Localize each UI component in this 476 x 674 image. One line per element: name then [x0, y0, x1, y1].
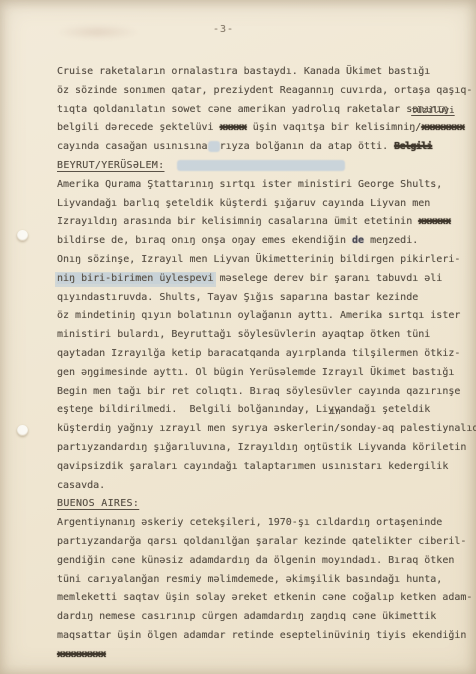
text-run: rıyza bolğanın da atap ötti.	[220, 141, 395, 152]
text-run: cayında casağan usınısına	[57, 141, 208, 152]
erased-text-smudge	[177, 160, 346, 171]
text-run: dardıŋ nemese casırınıp cürgen adamdardı…	[57, 611, 436, 622]
text-run: meŋzedi.	[364, 235, 418, 246]
text-line: öz mindetiniŋ qıyın bolatının oylağanın …	[57, 307, 461, 326]
text-line: Izrayıldıŋ arasında bir kelisimniŋ casal…	[57, 213, 461, 232]
text-run: partıyzandardıŋ şığarıluvına, Izrayıldıŋ…	[57, 442, 466, 453]
punch-hole-bottom	[17, 425, 28, 436]
text-line: bildirse de, bıraq onıŋ onşa oŋay emes e…	[57, 232, 461, 251]
text-run: Argentiynanıŋ əskeriy cetekşileri, 1970-…	[57, 517, 442, 528]
text-line: dardıŋ nemese casırınıp cürgen adamdardı…	[57, 608, 461, 627]
text-run: /sonday-aq palestiynalıq	[334, 423, 476, 434]
text-line: öz sözinde sonımen qatar, preziydent Rea…	[57, 82, 461, 101]
text-line: eşteŋe bildirilmedi. Belgili bolğanınday…	[57, 401, 461, 420]
text-run: qıyındastıruvda. Shults, Tayav Şığıs sap…	[57, 292, 418, 303]
text-line: partıyzandarğa qarsı qoldanılğan şaralar…	[57, 533, 461, 552]
text-run: partıyzandarğa qarsı qoldanılğan şaralar…	[57, 536, 466, 547]
text-line: Amerika Qurama Ştattarınıŋ sırtqı ister …	[57, 176, 461, 195]
text-run	[164, 160, 176, 171]
text-line: Liyvandağı barlıq şeteldik küşterdi şığa…	[57, 195, 461, 214]
text-line: Argentiynanıŋ əskeriy cetekşileri, 1970-…	[57, 514, 461, 533]
document-body: Cruise raketaların ornalastıra bastaydı.…	[57, 63, 461, 665]
text-line: memleketti saqtav üşin solay əreket etke…	[57, 589, 461, 608]
text-run: Liyvandağı barlıq şeteldik küşterdi şığa…	[57, 198, 430, 209]
section-heading: BEYRUT/YERÜSƏLEM:	[57, 160, 164, 171]
text-run: eşteŋe bildirilmedi. Belgili bolğanınday…	[57, 404, 430, 415]
inserted-correction-text: tüzilüvi	[411, 102, 454, 121]
text-run: maqsattar üşin ölgen adamdar retinde ese…	[57, 630, 466, 641]
text-line: BEYRUT/YERÜSƏLEM:	[57, 157, 461, 176]
text-run: tüni carıyalanğan resmiy məlimdemede, ək…	[57, 574, 442, 585]
text-run: öz mindetiniŋ qıyın bolatının oylağanın …	[57, 310, 460, 321]
text-line: maqsattar üşin ölgen adamdar retinde ese…	[57, 627, 461, 646]
text-line: cayında casağan usınısına rıyza bolğanın…	[57, 138, 461, 157]
text-line: belgili dərecede şektelüvi xxxxx üşin va…	[57, 119, 461, 138]
text-run: Onıŋ sözinşe, Izrayıl men Liyvan Ükimett…	[57, 254, 460, 265]
text-line: gendiğin cəne künəsiz adamdardıŋ da ölge…	[57, 552, 461, 571]
text-run: bildirse de, bıraq onıŋ onşa oŋay emes e…	[57, 235, 346, 246]
text-run: üşin vaqıtşa bir kelisimniŋ	[247, 122, 416, 133]
section-heading: BUENOS AIRES:	[57, 498, 139, 509]
text-line: Begin men tağı bir ret colıqtı. Bıraq sö…	[57, 383, 461, 402]
document-page: -3- Cruise raketaların ornalastıra basta…	[0, 0, 476, 674]
text-line: qıyındastıruvda. Shults, Tayav Şığıs sap…	[57, 289, 461, 308]
punch-hole-top	[17, 230, 28, 241]
strikeout-text: xxxxxx	[418, 216, 451, 227]
strikeout-text: xxxxxxxxx	[57, 649, 106, 660]
text-run: qaytadan Izrayılğa ketip baracatqanda ay…	[57, 348, 460, 359]
strikeout-text: xxxxx	[220, 122, 247, 133]
text-run: qavipsizdik şaraları cayındağı talaptarı…	[57, 461, 448, 472]
highlighted-text: niŋ biri-birimen üylespevi	[57, 273, 214, 284]
text-line: BUENOS AIRES:	[57, 495, 461, 514]
text-line: küşterdiŋ yağnıy ızrayıl men syrıya əske…	[57, 420, 461, 439]
erased-text-smudge	[208, 141, 220, 152]
text-line: casavda.	[57, 477, 461, 496]
text-run: Amerika Qurama Ştattarınıŋ sırtqı ister …	[57, 179, 442, 190]
text-run: Begin men tağı bir ret colıqtı. Bıraq sö…	[57, 386, 460, 397]
text-line: tüni carıyalanğan resmiy məlimdemede, ək…	[57, 571, 461, 590]
text-line: tıqta qoldanılatın sowet cəne amerikan y…	[57, 101, 461, 120]
text-run: tıqta qoldanılatın sowet cəne amerikan y…	[57, 104, 448, 115]
text-run: məselege derev bir şaranı tabuvdı əli	[214, 273, 443, 284]
text-run: gendiğin cəne künəsiz adamdardıŋ da ölge…	[57, 555, 454, 566]
text-run: Cruise raketaların ornalastıra bastaydı.…	[57, 66, 430, 77]
paper-smudge	[55, 24, 140, 40]
text-line: xxxxxxxxx	[57, 646, 461, 665]
text-run: Izrayıldıŋ arasında bir kelisimniŋ casal…	[57, 216, 418, 227]
text-line: partıyzandardıŋ şığarıluvına, Izrayıldıŋ…	[57, 439, 461, 458]
strikeout-text: xxxxxxxx	[421, 122, 464, 133]
text-line: qavipsizdik şaraları cayındağı talaptarı…	[57, 458, 461, 477]
text-line: qaytadan Izrayılğa ketip baracatqanda ay…	[57, 345, 461, 364]
text-line: niŋ biri-birimen üylespevi məselege dere…	[57, 270, 461, 289]
text-run: öz sözinde sonımen qatar, preziydent Rea…	[57, 85, 472, 96]
text-line: Cruise raketaların ornalastıra bastaydı.…	[57, 63, 461, 82]
text-run: memleketti saqtav üşin solay əreket etke…	[57, 592, 472, 603]
inserted-correction-text: in	[330, 403, 341, 422]
text-line: Onıŋ sözinşe, Izrayıl men Liyvan Ükimett…	[57, 251, 461, 270]
page-number: -3-	[213, 24, 234, 35]
text-run: ministiri bulardı, Beyruttağı söylesüvle…	[57, 329, 430, 340]
text-run: belgili dərecede şektelüvi	[57, 122, 220, 133]
strikeout-text: Belgili	[394, 141, 432, 152]
text-line: gen əŋgimesinde ayttı. Ol bügin Yerüsəle…	[57, 364, 461, 383]
text-run: küşterdiŋ yağnıy ızrayıl men syrıya əske…	[57, 423, 334, 434]
text-line: ministiri bulardı, Beyruttağı söylesüvle…	[57, 326, 461, 345]
text-run: casavda.	[57, 480, 105, 491]
overtyped-text: de	[346, 235, 364, 246]
text-run: gen əŋgimesinde ayttı. Ol bügin Yerüsəle…	[57, 367, 454, 378]
